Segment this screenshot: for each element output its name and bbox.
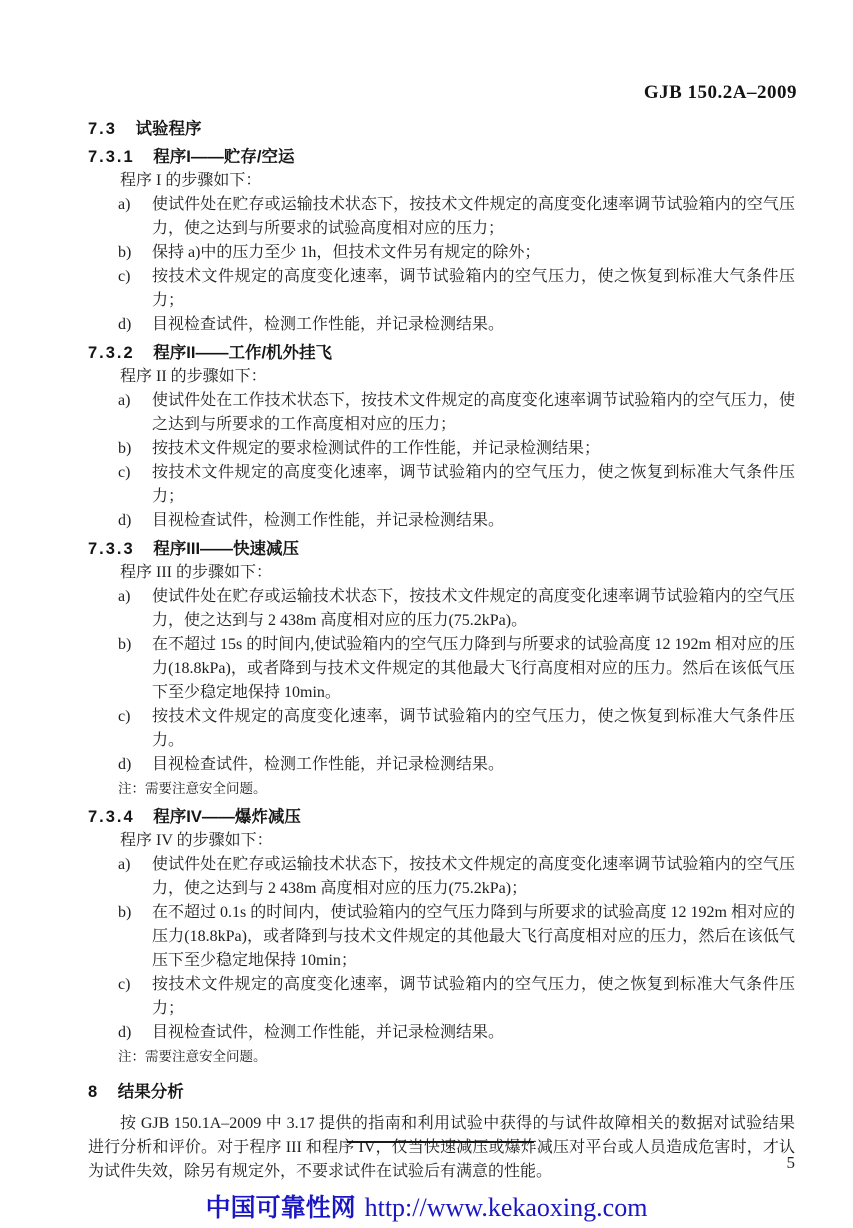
step-label: a) xyxy=(118,585,152,633)
step-item: a) 使试件处在工作技术状态下，按技术文件规定的高度变化速率调节试验箱内的空气压… xyxy=(118,389,795,437)
subsection-number: 7.3.1 xyxy=(88,148,135,166)
section-7-3-2-heading: 7.3.2 程序II——工作/机外挂飞 xyxy=(88,341,795,365)
step-label: b) xyxy=(118,633,152,705)
procedure-intro: 程序 I 的步骤如下： xyxy=(120,169,795,193)
step-text: 按技术文件规定的高度变化速率，调节试验箱内的空气压力，使之恢复到标准大气条件压力… xyxy=(152,705,795,753)
step-text: 使试件处在工作技术状态下，按技术文件规定的高度变化速率调节试验箱内的空气压力，使… xyxy=(152,389,795,437)
step-label: d) xyxy=(118,509,152,533)
step-list: a) 使试件处在工作技术状态下，按技术文件规定的高度变化速率调节试验箱内的空气压… xyxy=(118,389,795,533)
safety-note: 注：需要注意安全问题。 xyxy=(118,1045,795,1069)
step-item: d) 目视检查试件，检测工作性能，并记录检测结果。 xyxy=(118,753,795,777)
step-label: c) xyxy=(118,705,152,753)
step-item: a) 使试件处在贮存或运输技术状态下，按技术文件规定的高度变化速率调节试验箱内的… xyxy=(118,585,795,633)
step-label: d) xyxy=(118,313,152,337)
step-item: d) 目视检查试件，检测工作性能，并记录检测结果。 xyxy=(118,509,795,533)
section-8-heading: 8 结果分析 xyxy=(88,1080,795,1104)
step-text: 使试件处在贮存或运输技术状态下，按技术文件规定的高度变化速率调节试验箱内的空气压… xyxy=(152,853,795,901)
step-item: b) 在不超过 15s 的时间内,使试验箱内的空气压力降到与所要求的试验高度 1… xyxy=(118,633,795,705)
step-text: 使试件处在贮存或运输技术状态下，按技术文件规定的高度变化速率调节试验箱内的空气压… xyxy=(152,193,795,241)
step-item: c) 按技术文件规定的高度变化速率，调节试验箱内的空气压力，使之恢复到标准大气条… xyxy=(118,265,795,313)
step-text: 使试件处在贮存或运输技术状态下，按技术文件规定的高度变化速率调节试验箱内的空气压… xyxy=(152,585,795,633)
step-label: c) xyxy=(118,973,152,1021)
subsection-title: 程序III——快速减压 xyxy=(153,540,299,558)
site-url-link[interactable]: http://www.kekaoxing.com xyxy=(365,1193,648,1222)
step-text: 目视检查试件，检测工作性能，并记录检测结果。 xyxy=(152,313,795,337)
results-paragraph: 按 GJB 150.1A–2009 中 3.17 提供的指南和利用试验中获得的与… xyxy=(88,1112,795,1184)
step-text: 目视检查试件，检测工作性能，并记录检测结果。 xyxy=(152,753,795,777)
site-name: 中国可靠性网 xyxy=(206,1194,356,1222)
safety-note: 注：需要注意安全问题。 xyxy=(118,777,795,801)
section-7-3-1-heading: 7.3.1 程序I——贮存/空运 xyxy=(88,145,795,169)
document-page: GJB 150.2A–2009 7.3 试验程序 7.3.1 程序I——贮存/空… xyxy=(0,0,853,1228)
subsection-number: 7.3.2 xyxy=(88,344,135,362)
step-label: a) xyxy=(118,853,152,901)
step-text: 目视检查试件，检测工作性能，并记录检测结果。 xyxy=(152,1021,795,1045)
step-label: b) xyxy=(118,241,152,265)
step-item: d) 目视检查试件，检测工作性能，并记录检测结果。 xyxy=(118,1021,795,1045)
step-item: a) 使试件处在贮存或运输技术状态下，按技术文件规定的高度变化速率调节试验箱内的… xyxy=(118,853,795,901)
step-label: a) xyxy=(118,389,152,437)
step-item: d) 目视检查试件，检测工作性能，并记录检测结果。 xyxy=(118,313,795,337)
step-text: 目视检查试件，检测工作性能，并记录检测结果。 xyxy=(152,509,795,533)
step-item: b) 在不超过 0.1s 的时间内，使试验箱内的空气压力降到与所要求的试验高度 … xyxy=(118,901,795,973)
step-list: a) 使试件处在贮存或运输技术状态下，按技术文件规定的高度变化速率调节试验箱内的… xyxy=(118,585,795,777)
section-7-3-3-heading: 7.3.3 程序III——快速减压 xyxy=(88,537,795,561)
subsection-number: 7.3.3 xyxy=(88,540,135,558)
step-label: a) xyxy=(118,193,152,241)
doc-header: GJB 150.2A–2009 xyxy=(0,82,797,104)
step-list: a) 使试件处在贮存或运输技术状态下，按技术文件规定的高度变化速率调节试验箱内的… xyxy=(118,193,795,337)
procedure-intro: 程序 IV 的步骤如下： xyxy=(120,829,795,853)
section-title: 试验程序 xyxy=(136,120,202,138)
doc-body: 7.3 试验程序 7.3.1 程序I——贮存/空运 程序 I 的步骤如下： a)… xyxy=(88,117,795,1184)
subsection-number: 7.3.4 xyxy=(88,808,135,826)
step-text: 按技术文件规定的要求检测试件的工作性能，并记录检测结果； xyxy=(152,437,795,461)
section-7-3-4-heading: 7.3.4 程序IV——爆炸减压 xyxy=(88,805,795,829)
step-text: 按技术文件规定的高度变化速率，调节试验箱内的空气压力，使之恢复到标准大气条件压力… xyxy=(152,461,795,509)
step-label: d) xyxy=(118,753,152,777)
subsection-title: 程序IV——爆炸减压 xyxy=(153,808,301,826)
step-item: c) 按技术文件规定的高度变化速率，调节试验箱内的空气压力，使之恢复到标准大气条… xyxy=(118,705,795,753)
page-number: 5 xyxy=(787,1153,796,1173)
section-number: 7.3 xyxy=(88,120,117,138)
step-item: c) 按技术文件规定的高度变化速率，调节试验箱内的空气压力，使之恢复到标准大气条… xyxy=(118,973,795,1021)
site-footer: 中国可靠性网http://www.kekaoxing.com xyxy=(0,1188,853,1224)
subsection-title: 程序II——工作/机外挂飞 xyxy=(153,344,332,362)
procedure-intro: 程序 II 的步骤如下： xyxy=(120,365,795,389)
step-item: b) 按技术文件规定的要求检测试件的工作性能，并记录检测结果； xyxy=(118,437,795,461)
step-item: c) 按技术文件规定的高度变化速率，调节试验箱内的空气压力，使之恢复到标准大气条… xyxy=(118,461,795,509)
footer-divider xyxy=(347,1141,534,1143)
procedure-intro: 程序 III 的步骤如下： xyxy=(120,561,795,585)
step-label: d) xyxy=(118,1021,152,1045)
step-item: a) 使试件处在贮存或运输技术状态下，按技术文件规定的高度变化速率调节试验箱内的… xyxy=(118,193,795,241)
step-text: 在不超过 0.1s 的时间内，使试验箱内的空气压力降到与所要求的试验高度 12 … xyxy=(152,901,795,973)
section-title: 结果分析 xyxy=(118,1083,184,1101)
step-label: b) xyxy=(118,901,152,973)
step-text: 在不超过 15s 的时间内,使试验箱内的空气压力降到与所要求的试验高度 12 1… xyxy=(152,633,795,705)
subsection-title: 程序I——贮存/空运 xyxy=(153,148,294,166)
step-label: c) xyxy=(118,265,152,313)
step-label: c) xyxy=(118,461,152,509)
doc-number: GJB 150.2A–2009 xyxy=(644,82,797,103)
section-number: 8 xyxy=(88,1083,99,1101)
step-text: 按技术文件规定的高度变化速率，调节试验箱内的空气压力，使之恢复到标准大气条件压力… xyxy=(152,973,795,1021)
section-7-3-heading: 7.3 试验程序 xyxy=(88,117,795,141)
step-text: 按技术文件规定的高度变化速率，调节试验箱内的空气压力，使之恢复到标准大气条件压力… xyxy=(152,265,795,313)
step-list: a) 使试件处在贮存或运输技术状态下，按技术文件规定的高度变化速率调节试验箱内的… xyxy=(118,853,795,1045)
step-label: b) xyxy=(118,437,152,461)
step-item: b) 保持 a)中的压力至少 1h，但技术文件另有规定的除外； xyxy=(118,241,795,265)
step-text: 保持 a)中的压力至少 1h，但技术文件另有规定的除外； xyxy=(152,241,795,265)
